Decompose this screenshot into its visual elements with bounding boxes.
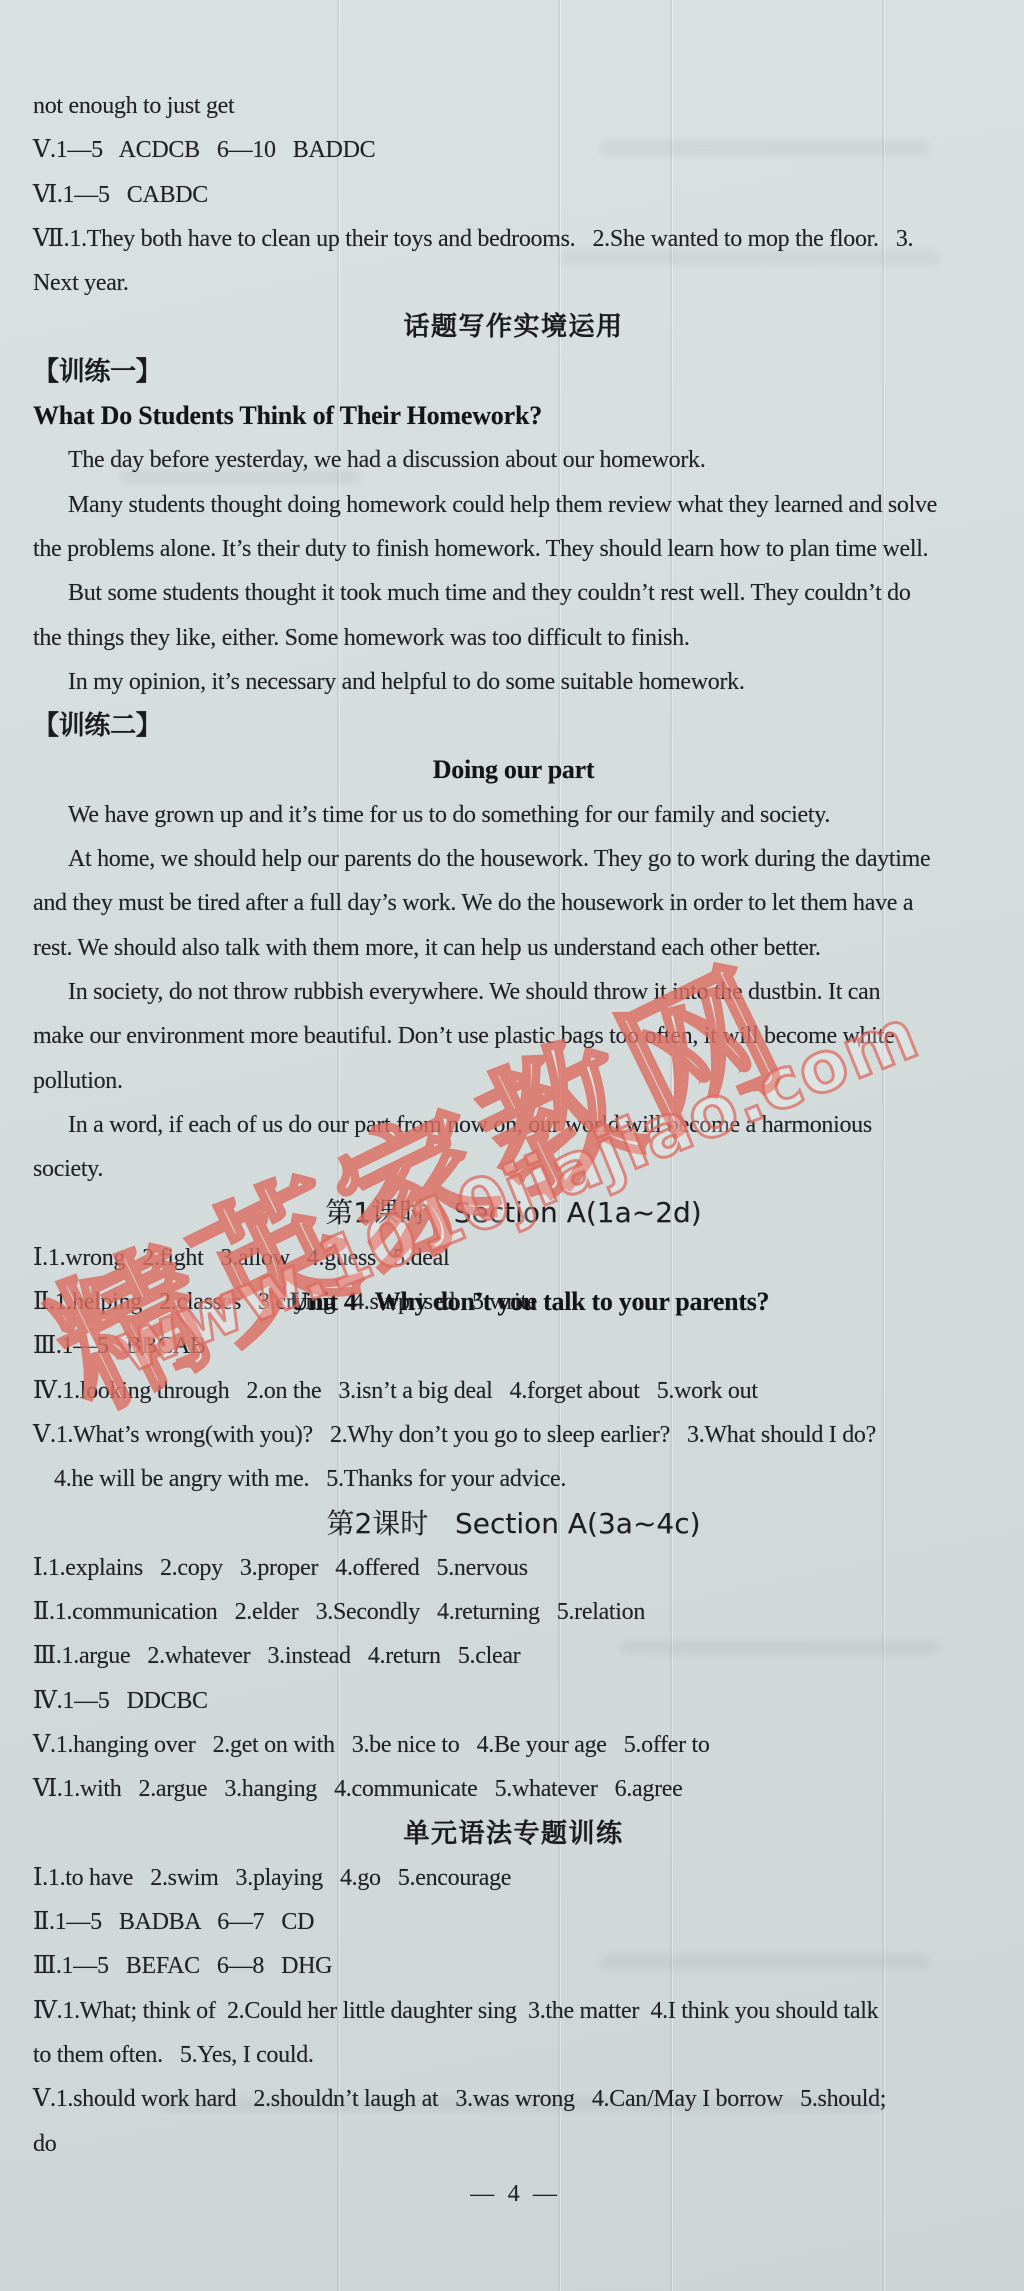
essay-line: and they must be tired after a full day’…	[33, 881, 994, 925]
essay-line: But some students thought it took much t…	[33, 571, 994, 615]
answer-line: Ⅵ.1.with 2.argue 3.hanging 4.communicate…	[33, 1767, 994, 1811]
answer-line: to them often. 5.Yes, I could.	[33, 2033, 994, 2077]
essay-line: Many students thought doing homework cou…	[33, 483, 994, 527]
scanned-page: not enough to just get Ⅴ.1—5 ACDCB 6—10 …	[0, 0, 1024, 2291]
answer-line: Next year.	[33, 261, 994, 305]
answer-line: Ⅳ.1—5 DDCBC	[33, 1679, 994, 1723]
page-content: not enough to just get Ⅴ.1—5 ACDCB 6—10 …	[33, 84, 994, 2216]
answer-line: Ⅴ.1.What’s wrong(with you)? 2.Why don’t …	[33, 1413, 994, 1457]
training-2-label: 【训练二】	[33, 704, 994, 748]
essay-2-title: Doing our part	[33, 748, 994, 792]
essay-line: the things they like, either. Some homew…	[33, 616, 994, 660]
answer-line: Ⅴ.1—5 ACDCB 6—10 BADDC	[33, 128, 994, 172]
essay-line: the problems alone. It’s their duty to f…	[33, 527, 994, 571]
answer-line: Ⅱ.1—5 BADBA 6—7 CD	[33, 1900, 994, 1944]
essay-line: The day before yesterday, we had a discu…	[33, 438, 994, 482]
essay-line: In society, do not throw rubbish everywh…	[33, 970, 994, 1014]
answer-line: Ⅵ.1—5 CABDC	[33, 173, 994, 217]
lesson-2-heading: 第2课时 Section A(3a~4c)	[33, 1502, 994, 1546]
answer-line: Ⅲ.1—5 BEFAC 6—8 DHG	[33, 1944, 994, 1988]
answer-line: 4.he will be angry with me. 5.Thanks for…	[33, 1457, 994, 1501]
essay-line: pollution.	[33, 1059, 994, 1103]
page-number: — 4 —	[33, 2172, 994, 2216]
answer-line: Ⅰ.1.explains 2.copy 3.proper 4.offered 5…	[33, 1546, 994, 1590]
answer-line: Ⅲ.1.argue 2.whatever 3.instead 4.return …	[33, 1634, 994, 1678]
unit-4-title-line: society. Unit 4 Why don’t you talk to yo…	[33, 1147, 994, 1191]
essay-line: rest. We should also talk with them more…	[33, 926, 994, 970]
essay-1-title: What Do Students Think of Their Homework…	[33, 394, 994, 438]
essay-line: In a word, if each of us do our part fro…	[33, 1103, 994, 1147]
unit-4-title: Unit 4 Why don’t you talk to your parent…	[49, 1280, 1010, 1324]
topic-writing-heading: 话题写作实境运用	[33, 305, 994, 349]
answer-line: do	[33, 2122, 994, 2166]
essay-line: At home, we should help our parents do t…	[33, 837, 994, 881]
answer-line: Ⅴ.1.should work hard 2.shouldn’t laugh a…	[33, 2077, 994, 2121]
answer-line: Ⅶ.1.They both have to clean up their toy…	[33, 217, 994, 261]
essay-line: make our environment more beautiful. Don…	[33, 1014, 994, 1058]
grammar-training-heading: 单元语法专题训练	[33, 1812, 994, 1856]
answer-line: Ⅳ.1.What; think of 2.Could her little da…	[33, 1989, 994, 2033]
training-1-label: 【训练一】	[33, 350, 994, 394]
answer-line: Ⅴ.1.hanging over 2.get on with 3.be nice…	[33, 1723, 994, 1767]
essay-line: In my opinion, it’s necessary and helpfu…	[33, 660, 994, 704]
essay-line: We have grown up and it’s time for us to…	[33, 793, 994, 837]
essay-last-word: society.	[33, 1147, 103, 1191]
answer-line: Ⅱ.1.communication 2.elder 3.Secondly 4.r…	[33, 1590, 994, 1634]
continuation-line: not enough to just get	[33, 84, 994, 128]
answer-line: Ⅰ.1.to have 2.swim 3.playing 4.go 5.enco…	[33, 1856, 994, 1900]
